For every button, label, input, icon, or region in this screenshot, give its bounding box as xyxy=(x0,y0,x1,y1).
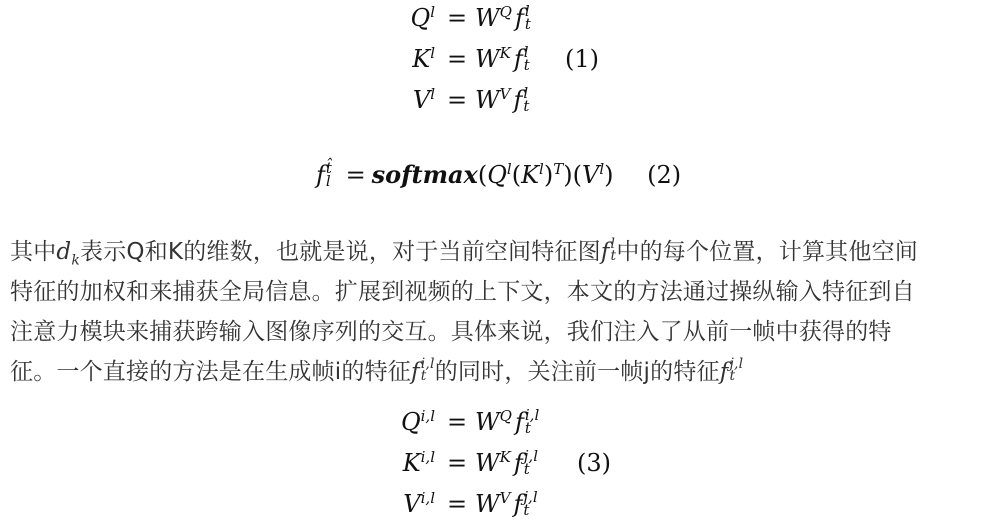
eq3-k-w-sup: K xyxy=(500,448,511,466)
inline-math-dk: dk xyxy=(56,239,80,265)
eq2-transpose: T xyxy=(553,160,563,178)
eq1-k-f: f xyxy=(514,45,523,73)
math-sub: k xyxy=(71,253,80,269)
eq1-q-lhs-sup: l xyxy=(430,3,435,21)
eq2-paren: ( xyxy=(573,161,582,189)
equation-1-line-k: Kl = WKflt (1) xyxy=(0,45,986,81)
eq3-v-lhs: V xyxy=(403,490,420,518)
eq1-v-f: f xyxy=(514,86,523,114)
eq2-k: K xyxy=(521,161,539,189)
text: 征。一个直接的方法是在生成帧i的特征 xyxy=(10,359,411,385)
eq1-k-w-sup: K xyxy=(500,44,511,62)
eq3-q-equals: = xyxy=(447,408,467,436)
eq1-q-lhs: Q xyxy=(411,4,431,32)
equation-1-number: (1) xyxy=(565,45,599,73)
inline-math-f-t-jl: fj,lt xyxy=(720,359,744,385)
inline-math-f-t-l: flt xyxy=(601,239,617,265)
eq1-v-w-sup: V xyxy=(500,85,511,103)
math-base: f xyxy=(720,359,729,385)
text: 表示Q和K的维数，也就是说，对于当前空间特征图 xyxy=(80,239,601,265)
eq3-k-w: W xyxy=(475,449,500,477)
eq2-paren: ) xyxy=(563,161,572,189)
math-sub: t xyxy=(611,250,617,262)
eq3-k-lhs-sup: i,l xyxy=(421,448,435,466)
text: 其中 xyxy=(10,239,56,265)
eq2-paren: ) xyxy=(544,161,553,189)
eq1-v-equals: = xyxy=(447,86,467,114)
equation-3-line-k: Ki,l = WKfj,lt (3) xyxy=(0,449,986,485)
math-base: f xyxy=(601,239,610,265)
eq1-q-w-sup: Q xyxy=(500,3,512,21)
paragraph-line-1: 其中dk表示Q和K的维数，也就是说，对于当前空间特征图flt中的每个位置，计算其… xyxy=(10,232,986,272)
eq1-k-lhs-sup: l xyxy=(430,44,435,62)
eq3-k-lhs: K xyxy=(403,449,421,477)
eq1-k-equals: = xyxy=(447,45,467,73)
math-base: d xyxy=(56,239,71,265)
eq3-q-f: f xyxy=(515,408,524,436)
eq1-v-lhs-sup: l xyxy=(430,85,435,103)
equation-1-line-v: Vl = WVflt xyxy=(0,86,986,122)
eq1-q-f: f xyxy=(515,4,524,32)
eq2-paren: ) xyxy=(604,161,613,189)
equation-3-line-q: Qi,l = WQfi,lt xyxy=(0,408,986,444)
eq1-q-equals: = xyxy=(447,4,467,32)
text: 的同时，关注前一帧j的特征 xyxy=(435,359,720,385)
eq3-v-lhs-sup: i,l xyxy=(421,489,435,507)
eq3-q-lhs-sup: i,l xyxy=(421,407,435,425)
equation-2: ft̂l =softmax(Ql(Kl)T)(Vl) (2) xyxy=(316,160,681,200)
eq2-equals: = xyxy=(346,161,366,189)
eq2-paren: ( xyxy=(478,161,487,189)
eq1-q-f-sub: t xyxy=(525,18,531,31)
eq2-q: Q xyxy=(487,161,507,189)
eq2-lhs-f: f xyxy=(316,161,325,189)
paragraph-line-2: 特征的加权和来捕获全局信息。扩展到视频的上下文，本文的方法通过操纵输入特征到自 xyxy=(10,272,986,312)
eq3-k-f: f xyxy=(514,449,523,477)
eq3-q-lhs: Q xyxy=(401,408,421,436)
paragraph-line-3: 注意力模块来捕获跨输入图像序列的交互。具体来说，我们注入了从前一帧中获得的特 xyxy=(10,312,986,352)
eq1-k-w: W xyxy=(475,45,500,73)
eq1-v-f-sub: t xyxy=(523,100,529,113)
equation-1-line-q: Ql = WQflt xyxy=(0,4,986,40)
eq3-q-w-sup: Q xyxy=(500,407,512,425)
eq3-k-equals: = xyxy=(447,449,467,477)
eq1-v-w: W xyxy=(475,86,500,114)
eq1-k-lhs: K xyxy=(412,45,430,73)
paragraph: 其中dk表示Q和K的维数，也就是说，对于当前空间特征图flt中的每个位置，计算其… xyxy=(10,232,986,392)
eq1-v-lhs: V xyxy=(413,86,430,114)
eq3-q-w: W xyxy=(475,408,500,436)
eq3-v-equals: = xyxy=(447,490,467,518)
eq3-v-f: f xyxy=(514,490,523,518)
eq2-v: V xyxy=(582,161,599,189)
text: 中的每个位置，计算其他空间 xyxy=(616,239,918,265)
equation-3-number: (3) xyxy=(577,449,611,477)
paragraph-line-4: 征。一个直接的方法是在生成帧i的特征fi,lt的同时，关注前一帧j的特征fj,l… xyxy=(10,352,986,392)
eq1-k-f-sub: t xyxy=(524,59,530,72)
inline-math-f-t-il: fi,lt xyxy=(411,359,435,385)
math-base: f xyxy=(411,359,420,385)
equation-2-number: (2) xyxy=(647,161,681,189)
eq2-paren: ( xyxy=(512,161,521,189)
eq2-softmax: softmax xyxy=(372,160,478,189)
eq3-v-w-sup: V xyxy=(500,489,511,507)
equation-3-line-v: Vi,l = WVfj,lt xyxy=(0,490,986,526)
eq3-v-w: W xyxy=(475,490,500,518)
eq1-q-w: W xyxy=(475,4,500,32)
